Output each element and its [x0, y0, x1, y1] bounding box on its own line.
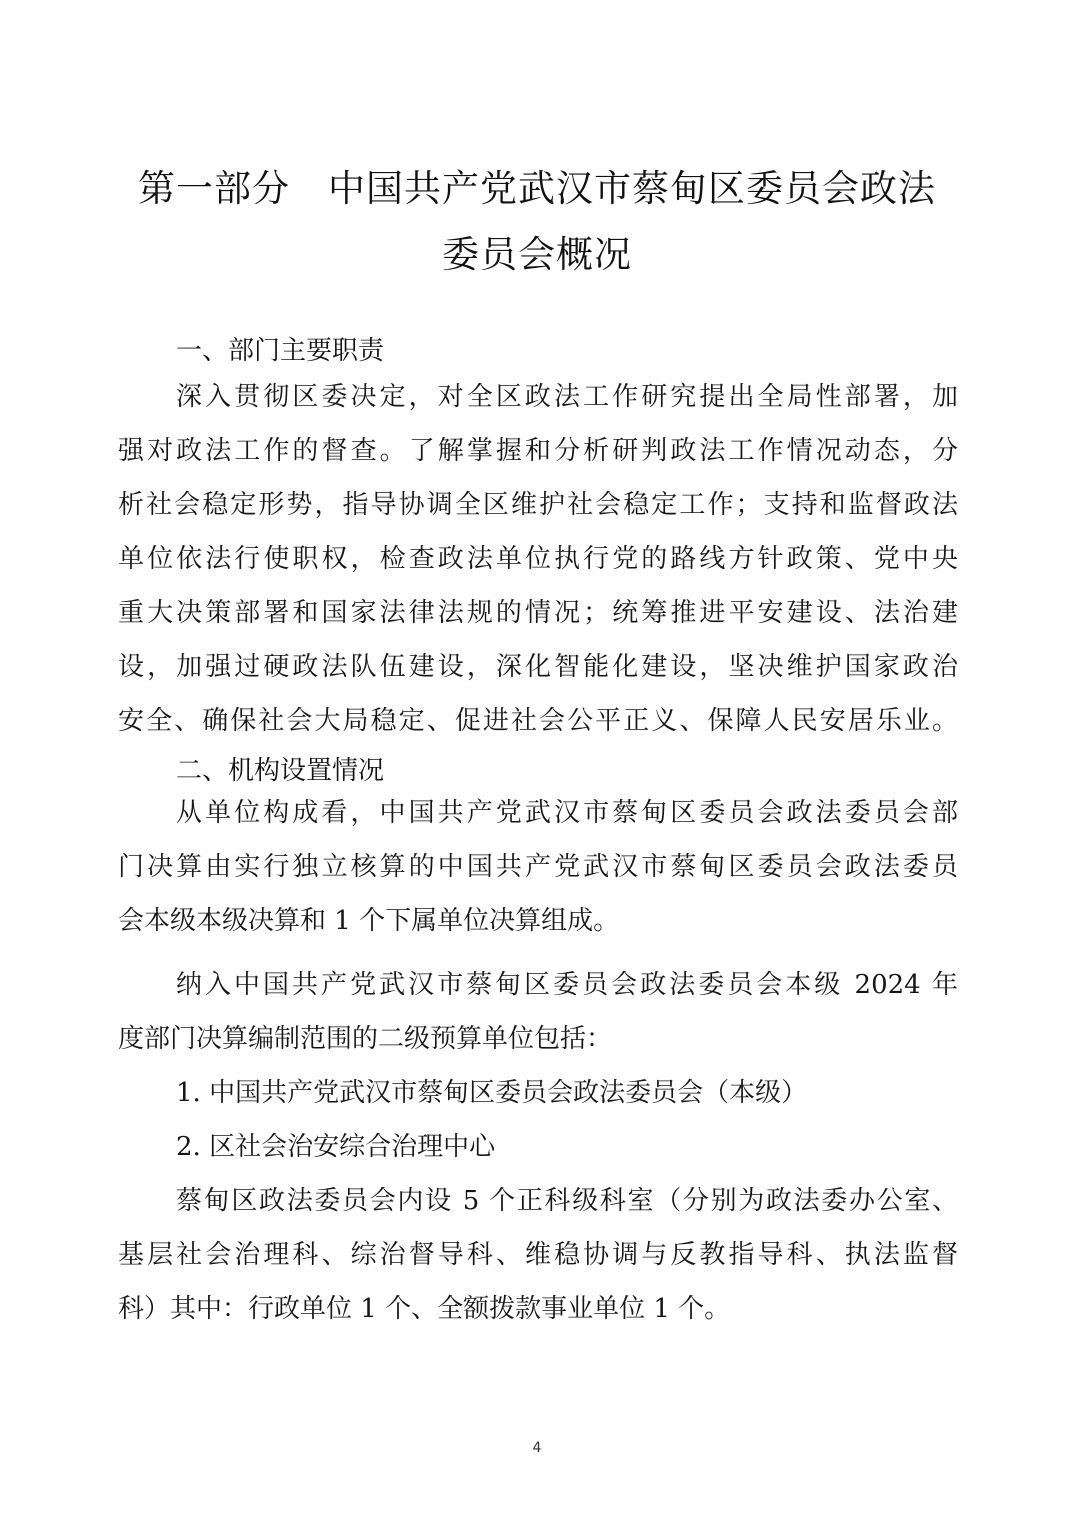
paragraph-line: 门决算由实行独立核算的中国共产党武汉市蔡甸区委员会政法委员: [118, 850, 958, 884]
list-item-unit-1: 1. 中国共产党武汉市蔡甸区委员会政法委员会（本级）: [176, 1076, 958, 1110]
paragraph-line: 深入贯彻区委决定，对全区政法工作研究提出全局性部署，加: [176, 380, 958, 414]
paragraph-line: 析社会稳定形势，指导协调全区维护社会稳定工作；支持和监督政法: [118, 488, 958, 522]
paragraph-line: 会本级本级决算和 1 个下属单位决算组成。: [118, 904, 958, 938]
page-title-line-1: 第一部分 中国共产党武汉市蔡甸区委员会政法: [0, 158, 1074, 212]
paragraph-line: 蔡甸区政法委员会内设 5 个正科级科室（分别为政法委办公室、: [176, 1184, 958, 1218]
document-page: 第一部分 中国共产党武汉市蔡甸区委员会政法 委员会概况 一、部门主要职责 深入贯…: [0, 0, 1074, 1520]
paragraph-line: 从单位构成看，中国共产党武汉市蔡甸区委员会政法委员会部: [176, 796, 958, 830]
page-number: 4: [0, 1440, 1074, 1456]
page-title-line-2: 委员会概况: [0, 224, 1074, 278]
section-heading-organization: 二、机构设置情况: [176, 750, 384, 787]
paragraph-line: 基层社会治理科、综治督导科、维稳协调与反教指导科、执法监督: [118, 1238, 958, 1272]
paragraph-line: 设，加强过硬政法队伍建设，深化智能化建设，坚决维护国家政治: [118, 650, 958, 684]
list-item-unit-2: 2. 区社会治安综合治理中心: [176, 1130, 958, 1164]
paragraph-line: 科）其中：行政单位 1 个、全额拨款事业单位 1 个。: [118, 1292, 958, 1326]
paragraph-line: 纳入中国共产党武汉市蔡甸区委员会政法委员会本级 2024 年: [176, 968, 958, 1002]
paragraph-line: 重大决策部署和国家法律法规的情况；统筹推进平安建设、法治建: [118, 596, 958, 630]
paragraph-line: 度部门决算编制范围的二级预算单位包括：: [118, 1022, 958, 1056]
section-heading-responsibilities: 一、部门主要职责: [176, 330, 384, 367]
paragraph-line: 强对政法工作的督查。了解掌握和分析研判政法工作情况动态，分: [118, 434, 958, 468]
paragraph-line: 单位依法行使职权，检查政法单位执行党的路线方针政策、党中央: [118, 542, 958, 576]
paragraph-line: 安全、确保社会大局稳定、促进社会公平正义、保障人民安居乐业。: [118, 704, 958, 738]
